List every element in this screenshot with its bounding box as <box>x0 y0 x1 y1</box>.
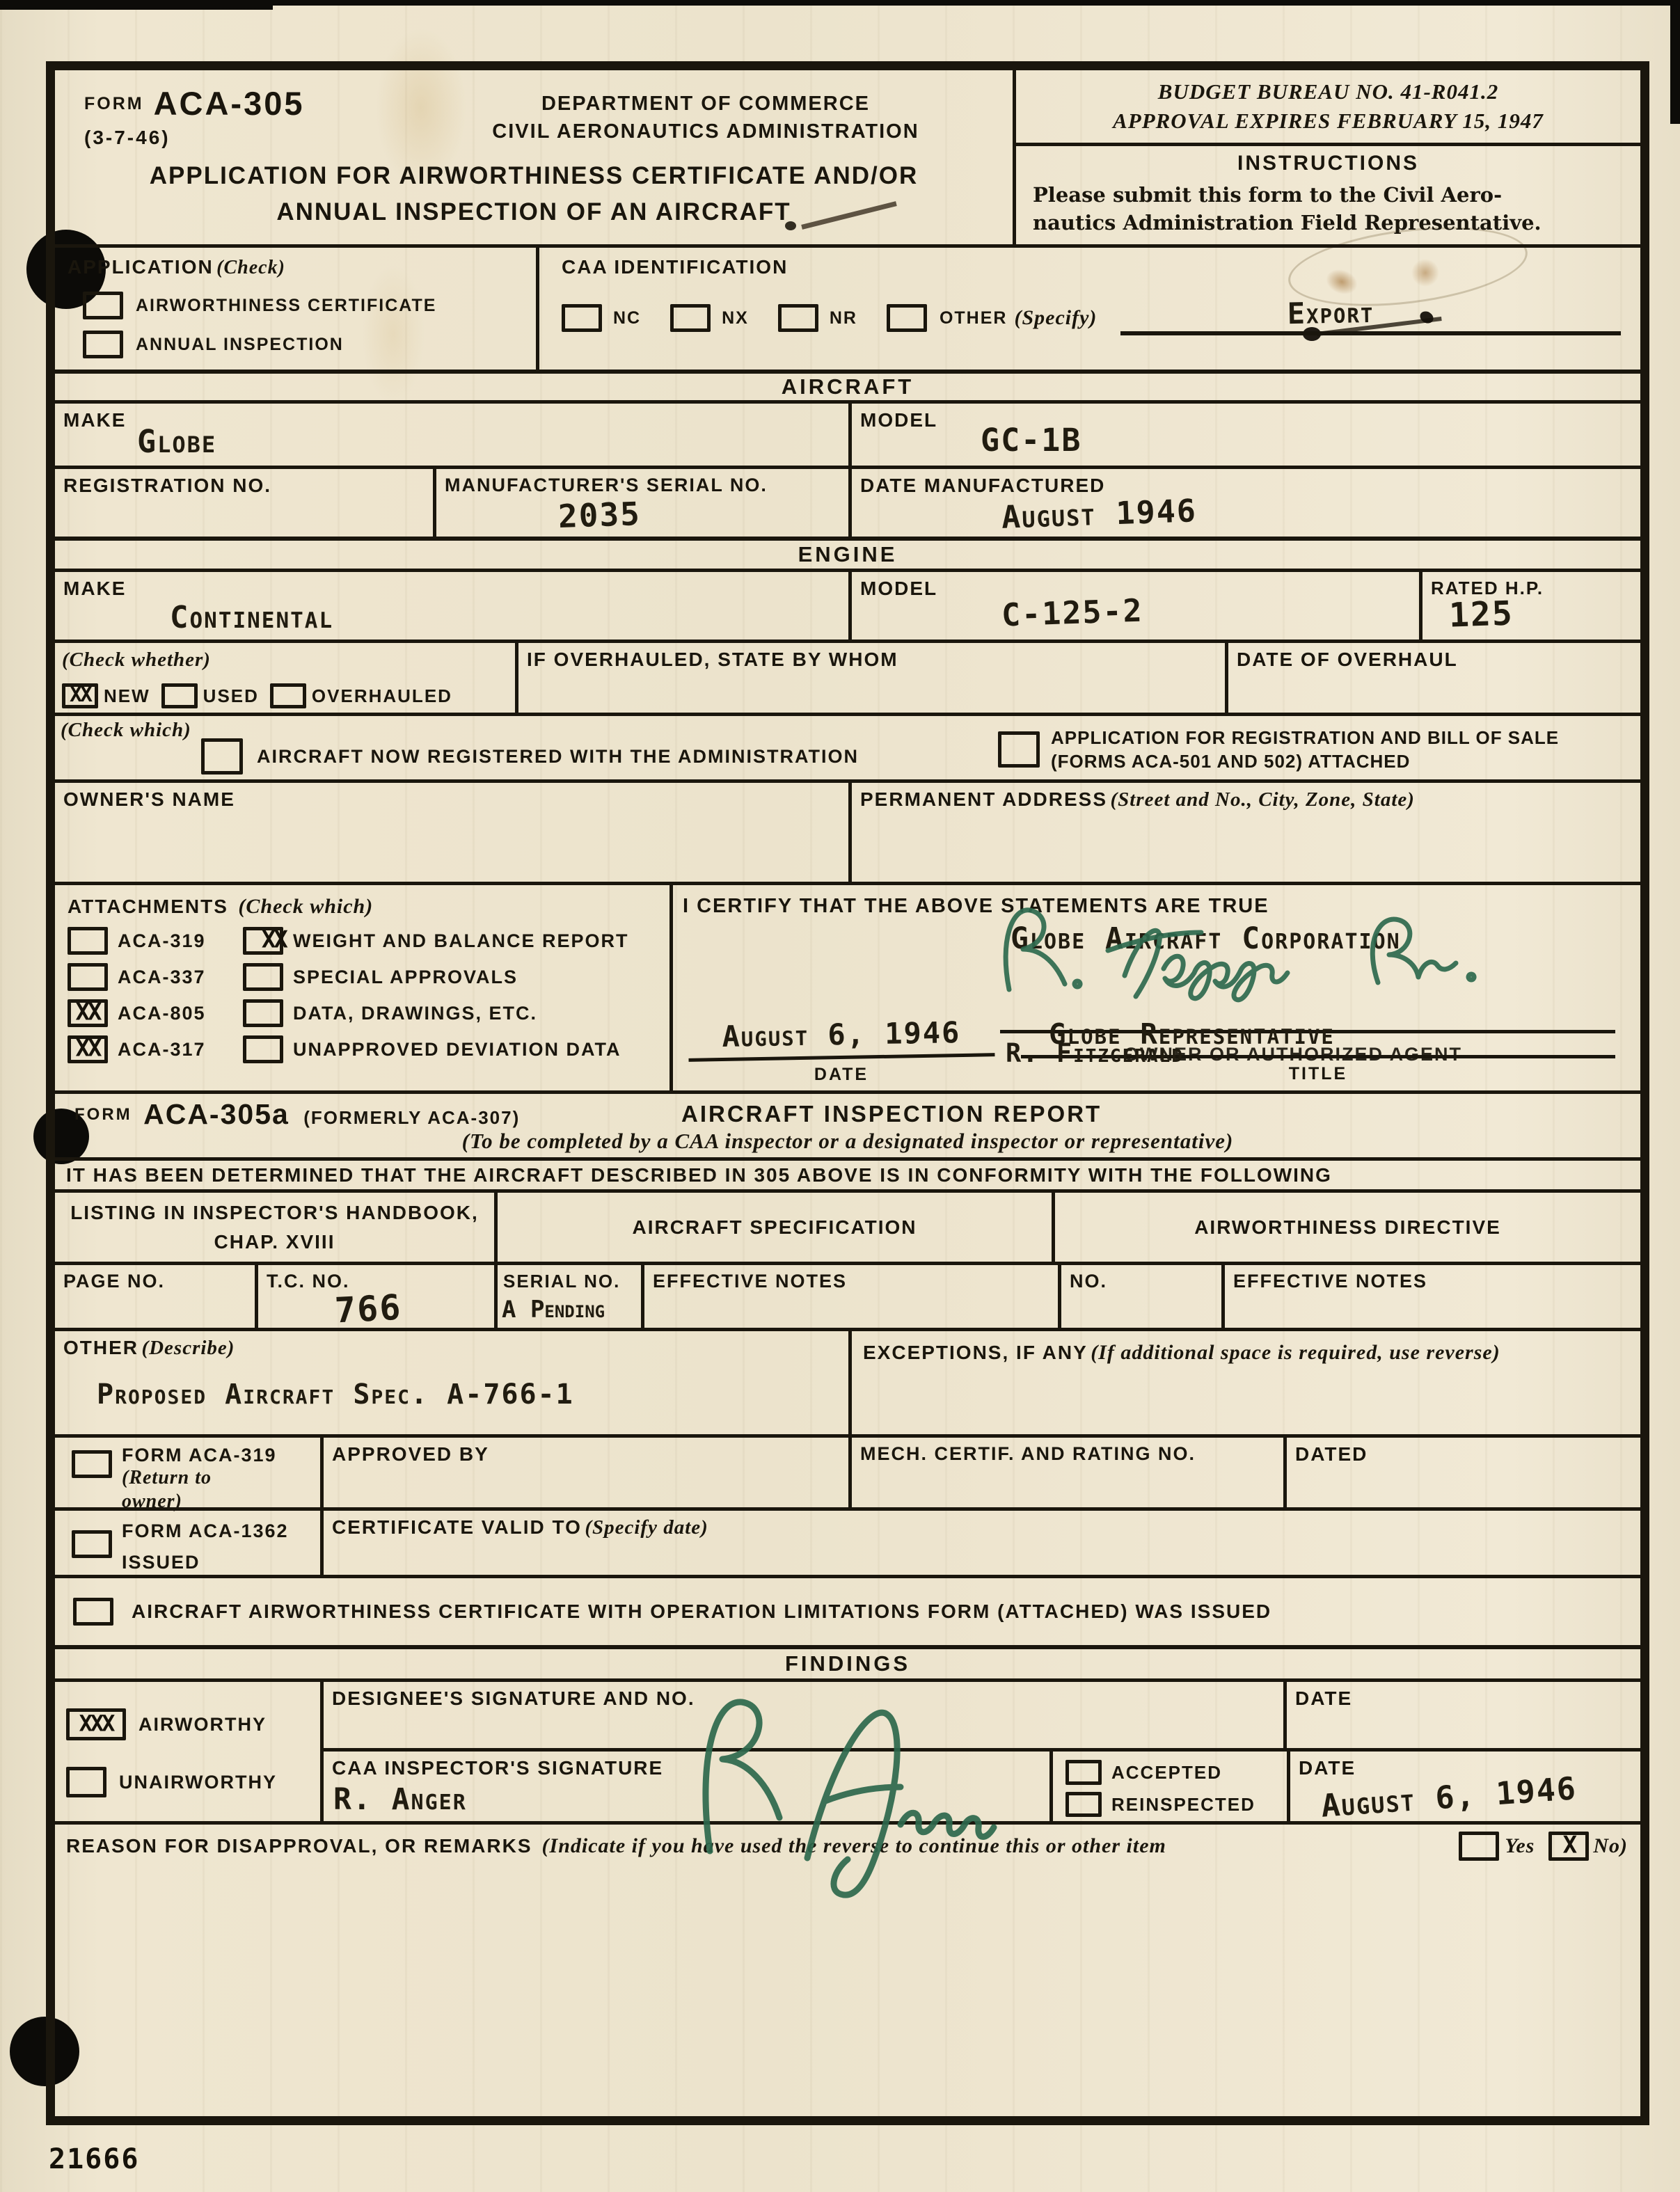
other-exceptions-row: OTHER (Describe) Proposed Aircraft Spec.… <box>55 1328 1640 1434</box>
designee-signature-label: DESIGNEE'S SIGNATURE AND NO. <box>332 1687 695 1710</box>
tc-no-value[interactable]: 766 <box>334 1287 403 1331</box>
other-hint: (Specify) <box>1014 306 1097 330</box>
nc-checkbox[interactable] <box>562 304 602 332</box>
plate-number: 21666 <box>49 2143 139 2175</box>
dated-label: DATED <box>1295 1443 1368 1466</box>
overhauled-by-cell: IF OVERHAULED, STATE BY WHOM <box>515 643 1225 713</box>
other-checkbox[interactable] <box>887 304 927 332</box>
overhauled-checkbox[interactable] <box>270 683 306 708</box>
aircraft-make-label: MAKE <box>63 409 126 431</box>
determination-text: IT HAS BEEN DETERMINED THAT THE AIRCRAFT… <box>66 1164 1332 1186</box>
airworthy-mark: XXX <box>79 1710 113 1736</box>
nc-label: NC <box>613 308 641 328</box>
aircraft-section-title: AIRCRAFT <box>782 374 914 399</box>
certification-cell: I CERTIFY THAT THE ABOVE STATEMENTS ARE … <box>669 885 1640 1090</box>
conformity-header-row: LISTING IN INSPECTOR'S HANDBOOK, CHAP. X… <box>55 1189 1640 1262</box>
findings-right-area: DESIGNEE'S SIGNATURE AND NO. DATE CAA IN… <box>320 1682 1640 1821</box>
inspector-typed-name[interactable]: R. Anger <box>333 1782 467 1817</box>
aircraft-make-model-row: MAKE Globe MODEL GC-1B <box>55 400 1640 466</box>
rated-hp-cell: RATED H.P. 125 <box>1419 572 1640 640</box>
form-aca-1362-label: FORM ACA-1362 <box>122 1520 289 1542</box>
serial-no-label: MANUFACTURER'S SERIAL NO. <box>445 475 768 496</box>
nr-label: NR <box>830 308 857 328</box>
special-approvals-label: SPECIAL APPROVALS <box>293 967 518 988</box>
directive-header: AIRWORTHINESS DIRECTIVE <box>1194 1213 1501 1242</box>
aca-805-mark: XX <box>76 998 100 1026</box>
tc-no-cell: T.C. NO. 766 <box>255 1265 494 1328</box>
unairworthy-label: UNAIRWORTHY <box>119 1772 277 1793</box>
report-form-word: FORM <box>74 1105 132 1124</box>
certificate-valid-cell: CERTIFICATE VALID TO (Specify date) <box>320 1511 1640 1575</box>
engine-model-value[interactable]: C-125-2 <box>1001 591 1143 633</box>
operation-limitations-label: AIRCRAFT AIRWORTHINESS CERTIFICATE WITH … <box>132 1601 1271 1623</box>
special-approvals-checkbox[interactable] <box>243 963 283 991</box>
instructions-block: INSTRUCTIONS Please submit this form to … <box>1016 152 1640 237</box>
determination-row: IT HAS BEEN DETERMINED THAT THE AIRCRAFT… <box>55 1157 1640 1189</box>
attachments-certification-row: ATTACHMENTS (Check which) ACA-319 XX WEI… <box>55 882 1640 1090</box>
date-manufactured-value[interactable]: August 1946 <box>1001 492 1198 536</box>
directive-no-cell: NO. <box>1058 1265 1221 1328</box>
engine-condition-cell: (Check whether) XX NEW USED OVERHAULED <box>55 643 515 713</box>
title-line1: APPLICATION FOR AIRWORTHINESS CERTIFICAT… <box>76 158 992 194</box>
remarks-hint: (Indicate if you have used the reverse t… <box>542 1834 1166 1858</box>
aircraft-section-banner: AIRCRAFT <box>55 370 1640 400</box>
header-right-cell: BUDGET BUREAU NO. 41-R041.2 APPROVAL EXP… <box>1013 70 1640 244</box>
aca-337-checkbox[interactable] <box>68 963 108 991</box>
inspector-signature-label: CAA INSPECTOR'S SIGNATURE <box>332 1757 663 1779</box>
inspection-report-header-row: FORM ACA-305a (FORMERLY ACA-307) AIRCRAF… <box>55 1090 1640 1157</box>
page-no-label: PAGE NO. <box>63 1271 165 1292</box>
bill-of-sale-checkbox[interactable] <box>998 731 1040 768</box>
check-which-hint: (Check which) <box>61 719 191 742</box>
form-word: FORM <box>84 94 144 113</box>
data-drawings-label: DATA, DRAWINGS, ETC. <box>293 1003 537 1024</box>
form-number: ACA-305 <box>154 85 305 122</box>
approved-by-cell: APPROVED BY <box>320 1438 848 1507</box>
application-label: APPLICATION <box>68 256 214 278</box>
attachments-label: ATTACHMENTS <box>68 896 228 917</box>
aca-1362-row: FORM ACA-1362 ISSUED CERTIFICATE VALID T… <box>55 1507 1640 1575</box>
application-row: APPLICATION (Check) AIRWORTHINESS CERTIF… <box>55 244 1640 370</box>
aircraft-model-cell: MODEL GC-1B <box>848 404 1640 466</box>
nx-label: NX <box>722 308 749 328</box>
findings-section-banner: FINDINGS <box>55 1645 1640 1678</box>
report-form-identifier: FORM ACA-305a (FORMERLY ACA-307) <box>74 1098 520 1131</box>
findings-body-row: XXX AIRWORTHY UNAIRWORTHY DESIGNEE'S SIG… <box>55 1678 1640 1821</box>
other-label: OTHER <box>940 308 1008 328</box>
approved-by-label: APPROVED BY <box>332 1443 489 1466</box>
designee-row: DESIGNEE'S SIGNATURE AND NO. DATE <box>324 1682 1640 1752</box>
instructions-body-line2: nautics Administration Field Representat… <box>1033 209 1626 237</box>
date-manufactured-label: DATE MANUFACTURED <box>860 475 1105 497</box>
other-specify-value: Export <box>1287 295 1374 331</box>
report-subtitle: (To be completed by a CAA inspector or a… <box>55 1129 1640 1154</box>
engine-make-label: MAKE <box>63 578 126 600</box>
engine-make-value[interactable]: Continental <box>170 600 333 635</box>
form-aca-305: FORMACA-305 (3-7-46) DEPARTMENT OF COMME… <box>46 61 1649 2125</box>
permanent-address-label: PERMANENT ADDRESS <box>860 788 1107 810</box>
scan-edge-top-left <box>0 0 273 10</box>
operation-limitations-row: AIRCRAFT AIRWORTHINESS CERTIFICATE WITH … <box>55 1575 1640 1645</box>
findings-section-title: FINDINGS <box>785 1651 910 1676</box>
operation-limitations-checkbox[interactable] <box>73 1598 113 1626</box>
remarks-yes-checkbox[interactable] <box>1459 1832 1499 1861</box>
engine-make-model-row: MAKE Continental MODEL C-125-2 RATED H.P… <box>55 569 1640 640</box>
mech-certif-cell: MECH. CERTIF. AND RATING NO. <box>848 1438 1283 1507</box>
spec-notes-label: EFFECTIVE NOTES <box>653 1271 847 1292</box>
used-checkbox[interactable] <box>161 683 198 708</box>
bill-of-sale-label: APPLICATION FOR REGISTRATION AND BILL OF… <box>1051 726 1559 773</box>
return-to-owner-hint-line1: (Return to <box>122 1466 277 1490</box>
findings-date-cell: DATE August 6, 1946 <box>1287 1752 1640 1821</box>
other-describe-label: OTHER <box>63 1337 138 1358</box>
used-label: USED <box>203 685 259 707</box>
weight-balance-checkbox[interactable]: XX <box>243 927 283 955</box>
remarks-label: REASON FOR DISAPPROVAL, OR REMARKS <box>66 1835 532 1857</box>
form-identifier: FORMACA-305 (3-7-46) <box>84 84 305 149</box>
spec-serial-label: SERIAL NO. <box>503 1271 620 1292</box>
aca-319-label: ACA-319 <box>118 930 206 952</box>
deviation-data-label: UNAPPROVED DEVIATION DATA <box>293 1039 621 1061</box>
engine-model-cell: MODEL C-125-2 <box>848 572 1419 640</box>
findings-date-value[interactable]: August 6, 1946 <box>1320 1770 1578 1825</box>
new-checkbox[interactable]: XX <box>62 683 98 708</box>
new-label: NEW <box>104 685 150 707</box>
reinspected-checkbox[interactable] <box>1065 1792 1102 1817</box>
certificate-valid-label-group: CERTIFICATE VALID TO (Specify date) <box>332 1516 708 1539</box>
registered-label: AIRCRAFT NOW REGISTERED WITH THE ADMINIS… <box>257 746 859 768</box>
certify-date-value[interactable]: August 6, 1946 <box>688 1015 995 1062</box>
bill-of-sale-label-line2: (FORMS ACA-501 AND 502) ATTACHED <box>1051 749 1559 773</box>
weight-balance-mark: XX <box>262 926 286 953</box>
owner-row: OWNER'S NAME PERMANENT ADDRESS (Street a… <box>55 779 1640 882</box>
application-hint: (Check) <box>216 257 285 278</box>
other-describe-hint: (Describe) <box>141 1337 235 1359</box>
designee-signature-cell: DESIGNEE'S SIGNATURE AND NO. <box>324 1682 1283 1748</box>
department-heading: DEPARTMENT OF COMMERCE CIVIL AERONAUTICS… <box>431 90 981 145</box>
airworthy-label: AIRWORTHY <box>138 1714 267 1736</box>
instructions-body-line1: Please submit this form to the Civil Aer… <box>1033 181 1626 209</box>
aca-317-label: ACA-317 <box>118 1039 206 1061</box>
accepted-label: ACCEPTED <box>1111 1762 1222 1784</box>
page-title: APPLICATION FOR AIRWORTHINESS CERTIFICAT… <box>76 158 992 230</box>
other-label-group: OTHER (Describe) <box>63 1337 235 1360</box>
overhaul-date-label: DATE OF OVERHAUL <box>1237 649 1458 671</box>
new-check-mark: XX <box>70 683 90 707</box>
caa-identification-label: CAA IDENTIFICATION <box>562 256 1621 278</box>
aca-317-mark: XX <box>76 1034 100 1062</box>
owner-name-cell: OWNER'S NAME <box>55 783 848 882</box>
other-describe-value[interactable]: Proposed Aircraft Spec. A-766-1 <box>97 1379 574 1411</box>
title-line2: ANNUAL INSPECTION OF AN AIRCRAFT <box>76 194 992 230</box>
airworthiness-certificate-checkbox[interactable] <box>83 292 123 319</box>
inspection-report-header-cell: FORM ACA-305a (FORMERLY ACA-307) AIRCRAF… <box>55 1094 1640 1157</box>
aca-1362-issued-cell: FORM ACA-1362 ISSUED <box>55 1511 320 1575</box>
form-aca-319-checkbox[interactable] <box>72 1450 112 1478</box>
page-no-cell: PAGE NO. <box>55 1265 255 1328</box>
overhaul-date-cell: DATE OF OVERHAUL <box>1225 643 1640 713</box>
issued-label: ISSUED <box>122 1552 289 1573</box>
accepted-checkbox[interactable] <box>1065 1760 1102 1785</box>
permanent-address-cell: PERMANENT ADDRESS (Street and No., City,… <box>848 783 1640 882</box>
engine-section-banner: ENGINE <box>55 537 1640 569</box>
aircraft-registration-row: REGISTRATION NO. MANUFACTURER'S SERIAL N… <box>55 466 1640 537</box>
serial-no-cell: MANUFACTURER'S SERIAL NO. 2035 <box>433 469 848 537</box>
budget-line2: APPROVAL EXPIRES FEBRUARY 15, 1947 <box>1113 106 1544 136</box>
attachments-hint: (Check which) <box>238 895 373 918</box>
registration-no-cell: REGISTRATION NO. <box>55 469 433 537</box>
overhauled-label: OVERHAULED <box>312 685 452 707</box>
nr-checkbox[interactable] <box>778 304 818 332</box>
spec-notes-cell: EFFECTIVE NOTES <box>641 1265 1058 1328</box>
permanent-address-label-group: PERMANENT ADDRESS (Street and No., City,… <box>860 788 1415 811</box>
certify-date-block: August 6, 1946 DATE <box>688 1017 994 1085</box>
instructions-body: Please submit this form to the Civil Aer… <box>1033 181 1626 237</box>
engine-section-title: ENGINE <box>798 542 898 567</box>
certify-company: Globe Aircraft Corporation <box>1011 921 1401 956</box>
reinspected-label: REINSPECTED <box>1111 1794 1255 1816</box>
permanent-address-hint: (Street and No., City, Zone, State) <box>1110 788 1415 811</box>
report-form-number: ACA-305a <box>143 1098 290 1130</box>
registration-status-cell: (Check which) AIRCRAFT NOW REGISTERED WI… <box>55 716 1640 779</box>
airworthy-checkbox[interactable]: XXX <box>66 1708 126 1740</box>
spec-header: AIRCRAFT SPECIFICATION <box>632 1213 917 1242</box>
engine-condition-row: (Check whether) XX NEW USED OVERHAULED I… <box>55 640 1640 713</box>
findings-verdict-cell: XXX AIRWORTHY UNAIRWORTHY <box>55 1682 320 1821</box>
application-cell: APPLICATION (Check) AIRWORTHINESS CERTIF… <box>55 248 536 370</box>
registration-status-row: (Check which) AIRCRAFT NOW REGISTERED WI… <box>55 713 1640 779</box>
determination-cell: IT HAS BEEN DETERMINED THAT THE AIRCRAFT… <box>55 1161 1640 1189</box>
engine-make-cell: MAKE Continental <box>55 572 848 640</box>
scanned-document-page: FORMACA-305 (3-7-46) DEPARTMENT OF COMME… <box>0 0 1680 2192</box>
certify-date-label: DATE <box>688 1065 994 1085</box>
tc-no-label: T.C. NO. <box>267 1271 350 1292</box>
exceptions-label: EXCEPTIONS, IF ANY <box>863 1342 1088 1363</box>
other-describe-cell: OTHER (Describe) Proposed Aircraft Spec.… <box>55 1331 848 1434</box>
certificate-valid-hint: (Specify date) <box>585 1516 708 1539</box>
designee-date-label: DATE <box>1295 1687 1352 1710</box>
instructions-title: INSTRUCTIONS <box>1016 152 1640 175</box>
aircraft-model-value[interactable]: GC-1B <box>981 422 1081 459</box>
scan-edge-top-right <box>1670 0 1680 124</box>
registration-no-label: REGISTRATION NO. <box>63 475 271 497</box>
department-line1: DEPARTMENT OF COMMERCE <box>431 90 981 118</box>
handbook-header-line1: LISTING IN INSPECTOR'S HANDBOOK, <box>70 1198 479 1228</box>
directive-header-cell: AIRWORTHINESS DIRECTIVE <box>1052 1193 1640 1262</box>
serial-no-value[interactable]: 2035 <box>557 495 642 535</box>
caa-identification-cell: CAA IDENTIFICATION NC NX NR OTHER (Speci… <box>536 248 1640 370</box>
remarks-no-mark: X <box>1563 1831 1575 1859</box>
designee-date-cell: DATE <box>1283 1682 1640 1748</box>
report-title: AIRCRAFT INSPECTION REPORT <box>681 1101 1102 1127</box>
airworthiness-certificate-label: AIRWORTHINESS CERTIFICATE <box>136 296 436 316</box>
header-left-cell: FORMACA-305 (3-7-46) DEPARTMENT OF COMME… <box>55 70 1013 244</box>
other-specify-field[interactable]: Export <box>1120 301 1621 335</box>
aca-337-label: ACA-337 <box>118 967 206 988</box>
spec-serial-value[interactable]: A Pending <box>502 1296 605 1324</box>
rated-hp-value[interactable]: 125 <box>1448 594 1514 635</box>
directive-no-label: NO. <box>1070 1271 1107 1292</box>
conformity-detail-row: PAGE NO. T.C. NO. 766 SERIAL NO. A Pendi… <box>55 1262 1640 1328</box>
aca-319-checkbox[interactable] <box>68 927 108 955</box>
remarks-no-label: No) <box>1593 1834 1628 1858</box>
unairworthy-checkbox[interactable] <box>66 1767 106 1797</box>
annual-inspection-checkbox[interactable] <box>83 331 123 358</box>
directive-notes-label: EFFECTIVE NOTES <box>1233 1271 1427 1292</box>
form-aca-319-label: FORM ACA-319 <box>122 1445 277 1466</box>
aca-319-return-cell: FORM ACA-319 (Return to owner) <box>55 1438 320 1507</box>
signer-typed-name: R. Fitzgerald <box>1006 1038 1184 1068</box>
owner-name-label: OWNER'S NAME <box>63 788 235 811</box>
form-aca-319-label-group: FORM ACA-319 (Return to owner) <box>122 1445 277 1507</box>
remarks-row: REASON FOR DISAPPROVAL, OR REMARKS (Indi… <box>55 1821 1640 2116</box>
budget-bureau-note: BUDGET BUREAU NO. 41-R041.2 APPROVAL EXP… <box>1016 70 1640 146</box>
date-manufactured-cell: DATE MANUFACTURED August 1946 <box>848 469 1640 537</box>
nx-checkbox[interactable] <box>670 304 711 332</box>
aca-805-checkbox[interactable]: XX <box>68 999 108 1027</box>
aircraft-make-value[interactable]: Globe <box>137 423 216 460</box>
form-aca-1362-label-group: FORM ACA-1362 ISSUED <box>122 1520 289 1575</box>
registered-checkbox[interactable] <box>201 738 243 775</box>
directive-notes-cell: EFFECTIVE NOTES <box>1221 1265 1640 1328</box>
spec-header-cell: AIRCRAFT SPECIFICATION <box>494 1193 1052 1262</box>
findings-date-label: DATE <box>1299 1757 1356 1779</box>
attachments-cell: ATTACHMENTS (Check which) ACA-319 XX WEI… <box>55 885 669 1090</box>
remarks-yes-label: Yes <box>1505 1834 1535 1858</box>
dated-cell: DATED <box>1283 1438 1640 1507</box>
form-aca-1362-checkbox[interactable] <box>72 1530 112 1558</box>
report-formerly: (FORMERLY ACA-307) <box>303 1107 520 1128</box>
handbook-header-line2: CHAP. XVIII <box>214 1228 335 1257</box>
aca-319-row: FORM ACA-319 (Return to owner) APPROVED … <box>55 1434 1640 1507</box>
certificate-valid-label: CERTIFICATE VALID TO <box>332 1516 582 1538</box>
bill-of-sale-label-line1: APPLICATION FOR REGISTRATION AND BILL OF… <box>1051 726 1559 749</box>
remarks-cell: REASON FOR DISAPPROVAL, OR REMARKS (Indi… <box>55 1825 1640 2116</box>
aca-805-label: ACA-805 <box>118 1003 206 1024</box>
exceptions-cell: EXCEPTIONS, IF ANY (If additional space … <box>848 1331 1640 1434</box>
header-row: FORMACA-305 (3-7-46) DEPARTMENT OF COMME… <box>55 70 1640 244</box>
mech-certif-label: MECH. CERTIF. AND RATING NO. <box>860 1443 1196 1465</box>
accepted-reinspected-cell: ACCEPTED REINSPECTED <box>1049 1752 1287 1821</box>
spec-serial-cell: SERIAL NO. A Pending <box>494 1265 641 1328</box>
weight-balance-label: WEIGHT AND BALANCE REPORT <box>293 930 629 952</box>
handbook-header-cell: LISTING IN INSPECTOR'S HANDBOOK, CHAP. X… <box>55 1193 494 1262</box>
remarks-no-checkbox[interactable]: X <box>1548 1832 1589 1861</box>
exceptions-hint: (If additional space is required, use re… <box>1091 1341 1500 1364</box>
aca-317-checkbox[interactable]: XX <box>68 1035 108 1063</box>
data-drawings-checkbox[interactable] <box>243 999 283 1027</box>
inspector-row: CAA INSPECTOR'S SIGNATURE R. Anger ACCEP… <box>324 1752 1640 1821</box>
department-line2: CIVIL AERONAUTICS ADMINISTRATION <box>431 118 981 145</box>
condition-hint: (Check whether) <box>62 649 211 672</box>
aircraft-model-label: MODEL <box>860 409 937 431</box>
budget-line1: BUDGET BUREAU NO. 41-R041.2 <box>1158 77 1498 106</box>
aircraft-make-cell: MAKE Globe <box>55 404 848 466</box>
overhauled-by-label: IF OVERHAULED, STATE BY WHOM <box>527 649 898 671</box>
annual-inspection-label: ANNUAL INSPECTION <box>136 335 344 355</box>
inspector-signature-cell: CAA INSPECTOR'S SIGNATURE R. Anger <box>324 1752 1049 1821</box>
form-revision: (3-7-46) <box>84 127 305 149</box>
deviation-data-checkbox[interactable] <box>243 1035 283 1063</box>
engine-model-label: MODEL <box>860 578 937 600</box>
operation-limitations-cell: AIRCRAFT AIRWORTHINESS CERTIFICATE WITH … <box>55 1578 1640 1645</box>
certify-statement: I CERTIFY THAT THE ABOVE STATEMENTS ARE … <box>683 895 1269 918</box>
